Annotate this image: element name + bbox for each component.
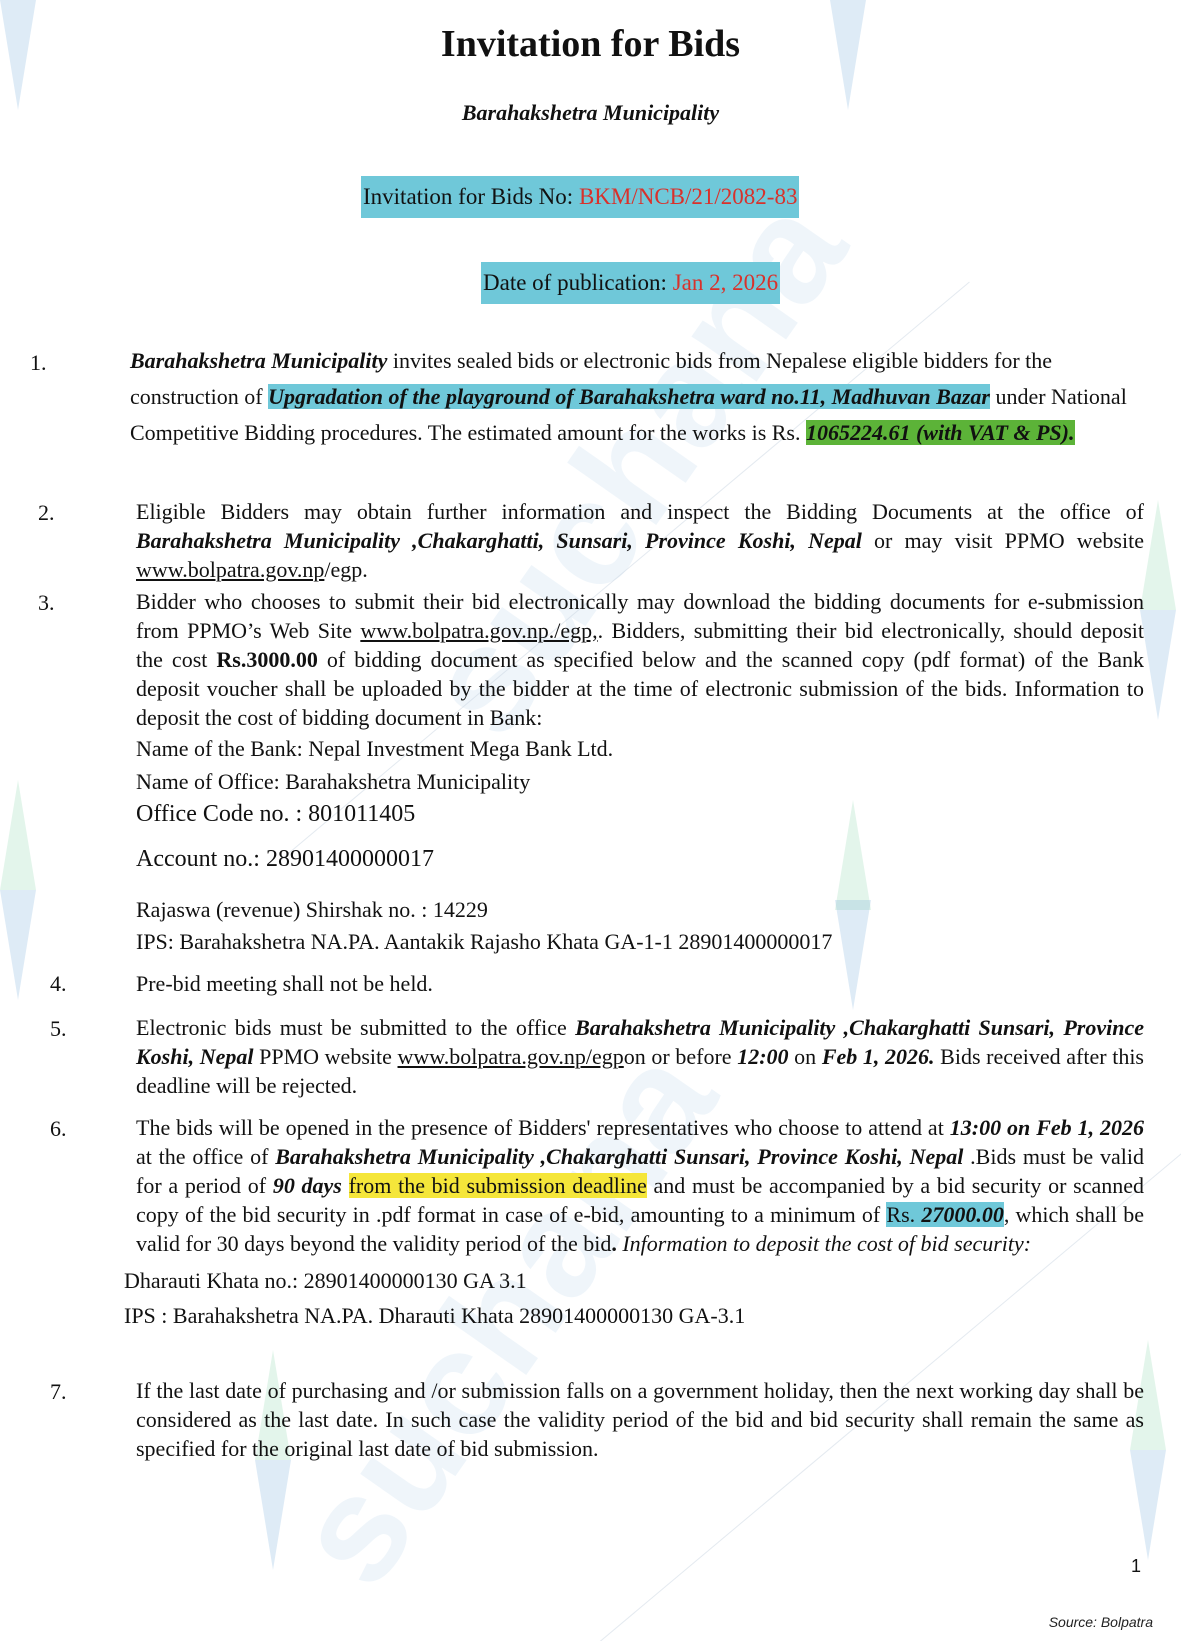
document-cost: Rs.3000.00 <box>216 647 317 672</box>
dharauti-khata: Dharauti Khata no.: 28901400000130 GA 3.… <box>124 1268 527 1294</box>
bolpatra-egp-link[interactable]: www.bolpatra.gov.np/egp <box>398 1044 624 1069</box>
item-number: 7. <box>50 1379 67 1405</box>
page-number: 1 <box>1131 1556 1141 1577</box>
ifb-number: BKM/NCB/21/2082-83 <box>579 184 798 209</box>
ifb-label: Invitation for Bids No: <box>363 184 579 209</box>
source-credit: Source: Bolpatra <box>1049 1614 1153 1630</box>
item-number: 3. <box>38 590 55 616</box>
publication-date: Jan 2, 2026 <box>673 270 778 295</box>
watermark-arrow-icon <box>255 1460 291 1570</box>
watermark-arrow-icon <box>1140 610 1176 720</box>
watermark-arrow-icon <box>0 780 36 890</box>
watermark-arrow-icon <box>835 800 871 910</box>
office-name-line: Name of Office: Barahakshetra Municipali… <box>136 769 530 795</box>
ips-dharauti: IPS : Barahakshetra NA.PA. Dharauti Khat… <box>124 1303 745 1329</box>
item-number: 1. <box>30 350 47 376</box>
item-4: Pre-bid meeting shall not be held. <box>136 971 433 997</box>
opening-time-date: 13:00 on Feb 1, 2026 <box>950 1115 1144 1140</box>
watermark-arrow-icon <box>1130 1450 1166 1560</box>
document-subtitle: Barahakshetra Municipality <box>0 100 1181 126</box>
item-6: The bids will be opened in the presence … <box>136 1113 1144 1258</box>
publication-label: Date of publication: <box>483 270 673 295</box>
ips-revenue: IPS: Barahakshetra NA.PA. Aantakik Rajas… <box>136 929 832 955</box>
watermark-arrow-icon <box>835 900 871 1010</box>
security-currency: Rs. <box>886 1202 921 1227</box>
item-2: Eligible Bidders may obtain further info… <box>136 497 1144 584</box>
watermark-arrow-icon <box>0 890 36 1000</box>
document-title: Invitation for Bids <box>0 22 1181 66</box>
office-code: Office Code no. : 801011405 <box>136 801 415 828</box>
estimated-amount: 1065224.61 (with VAT & PS). <box>806 420 1075 445</box>
submission-date: Feb 1, 2026. <box>822 1044 935 1069</box>
account-number: Account no.: 28901400000017 <box>136 846 434 873</box>
security-info: Information to deposit the cost of bid s… <box>622 1231 1031 1256</box>
revenue-shirshak: Rajaswa (revenue) Shirshak no. : 14229 <box>136 897 488 923</box>
item-number: 2. <box>38 500 55 526</box>
project-name: Upgradation of the playground of Barahak… <box>268 384 990 409</box>
submission-time: 12:00 <box>737 1044 788 1069</box>
publication-date-banner: Date of publication: Jan 2, 2026 <box>481 262 780 304</box>
validity-period: 90 days <box>273 1173 342 1198</box>
item-number: 4. <box>50 971 67 997</box>
ifb-number-banner: Invitation for Bids No: BKM/NCB/21/2082-… <box>361 176 799 218</box>
item-number: 6. <box>50 1116 67 1142</box>
item-7: If the last date of purchasing and /or s… <box>136 1376 1144 1463</box>
office-name: Barahakshetra Municipality <box>130 348 387 373</box>
bolpatra-egp-link[interactable]: www.bolpatra.gov.np./egp, <box>360 618 597 643</box>
deadline-highlight: from the bid submission deadline <box>349 1173 647 1198</box>
item-number: 5. <box>50 1016 67 1042</box>
item-3: Bidder who chooses to submit their bid e… <box>136 587 1144 732</box>
office-address: Barahakshetra Municipality ,Chakarghatti… <box>275 1144 963 1169</box>
security-amount: 27000.00 <box>921 1202 1004 1227</box>
bolpatra-link[interactable]: www.bolpatra.gov.np <box>136 557 324 582</box>
item-1: Barahakshetra Municipality invites seale… <box>130 343 1140 451</box>
item-5: Electronic bids must be submitted to the… <box>136 1013 1144 1100</box>
office-address: Barahakshetra Municipality ,Chakarghatti… <box>136 528 862 553</box>
watermark-arrow-icon <box>1140 500 1176 610</box>
bank-name: Name of the Bank: Nepal Investment Mega … <box>136 736 613 762</box>
